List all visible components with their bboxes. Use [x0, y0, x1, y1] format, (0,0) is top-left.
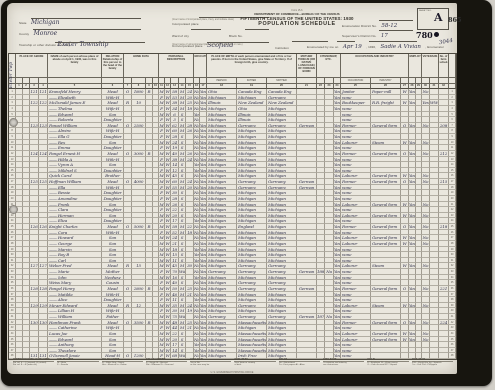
hole-punch — [9, 118, 18, 127]
column-group-header: RELATION Relationship of this person to … — [102, 54, 124, 78]
abbreviations-footer: ABBREVIATIONS TO BE USEDFor col. 6.—O (o… — [13, 358, 453, 367]
column-group-header: PLACE OF BIRTH of each person enumerated… — [207, 54, 297, 78]
abbreviation-block: Cols. 25-26Occupation and industrysee in… — [323, 358, 364, 367]
column-group-header: EDUCATION — [194, 54, 207, 78]
abbreviation-block: Col. 11.—SexM—MaleF—Female — [57, 358, 98, 367]
column-group-header: PERSONAL DESCRIPTION — [159, 54, 194, 78]
institution-label: Institution — [275, 46, 289, 50]
column-group-header: PLACE OF ABODE — [16, 54, 48, 78]
abbreviation-line: O—Own account NP—Unpaid — [367, 364, 408, 367]
township-label: Township or other division of county — [19, 44, 53, 47]
column-group-header: NAME of each person whose place of abode… — [48, 54, 102, 78]
vertical-margin-note: Exeter Twp — [9, 62, 14, 88]
column-group-header: VETERANS — [422, 54, 439, 78]
enumerated-date: Apr 19 — [343, 44, 362, 50]
enumerator-name: Sadie A Vivian — [381, 44, 421, 50]
print-note: U. S. GOVERNMENT PRINTING OFFICE — [7, 372, 457, 374]
abbreviation-line: Pa—First papers Al—Alien — [279, 364, 320, 367]
table-group-header: PLACE OF ABODENAME of each person whose … — [9, 54, 456, 78]
abbreviation-block: Cols. 30-31WW—World War Sp—SpanishCiv—Ci… — [412, 358, 453, 367]
institution-field: Institution — [275, 36, 289, 54]
hole-punch — [9, 205, 18, 214]
abbreviation-block: Col. 27E—Employer W—Wage earnerO—Own acc… — [367, 358, 408, 367]
abbreviation-block: Cols. 18-20Give State or countryof birth — [234, 358, 275, 367]
abbreviation-line: For col. 8.—R (radio set) — [13, 364, 54, 367]
page-stamp: 780 — [416, 30, 433, 40]
abbreviation-line: Mex—Mexican In—Indian — [102, 364, 143, 367]
column-group-header: CITIZENSHIP, ETC. — [317, 54, 341, 78]
column-group-header — [449, 54, 456, 78]
margin-note: 3044 — [439, 38, 454, 46]
abbreviation-block: Col. 12.—ColorW—White Neg—NegroMex—Mexic… — [102, 358, 143, 367]
abbreviation-line: of birth — [234, 364, 275, 367]
sheet-number-box: SHEET NO. A — [417, 8, 449, 30]
abbreviation-block: Col. 23Na—NaturalizedPa—First papers Al—… — [279, 358, 320, 367]
enumerated-label: Enumerated by me on — [307, 45, 338, 49]
abbreviation-line: see instructions — [323, 364, 364, 367]
sheet-label: SHEET NO. — [419, 10, 432, 12]
ink-blot — [434, 32, 439, 37]
column-group-header: OCCUPATION AND INDUSTRY — [341, 54, 409, 78]
column-group-header: No. of farm sched. — [439, 54, 449, 78]
census-table: PLACE OF ABODENAME of each person whose … — [8, 53, 457, 360]
column-group-header: HOME DATA — [124, 54, 159, 78]
unincorporated-field: Unincorporated place Scofield — [172, 34, 233, 52]
abbreviation-line: Civ—Civil Phil—Philippine — [412, 364, 453, 367]
abbreviation-line: Wd—Widowed D—Divorced — [146, 364, 187, 367]
table-body: 1121121Kranzfeld HenryHeadO1800RMW58M24N… — [9, 89, 456, 359]
column-group-header: MOTHER TONGUE (OR NATIVE LANGUAGE) OF FO… — [297, 54, 317, 78]
abbreviation-line: as the case may be — [190, 364, 231, 367]
enumerated-year: , 1930, — [366, 45, 376, 49]
abbreviation-line: F—Female — [57, 364, 98, 367]
abbreviation-block: Cols. 16-17Yes or Noas the case may be — [190, 358, 231, 367]
column-group-header: EMPLOYMENT — [409, 54, 422, 78]
abbreviation-block: ABBREVIATIONS TO BE USEDFor col. 6.—O (o… — [13, 358, 54, 367]
census-scan-page: State Michigan County Monroe Township or… — [0, 0, 495, 390]
abbreviation-block: Col. 14.—MaritalS—Single M—MarriedWd—Wid… — [146, 358, 187, 367]
census-form-paper: State Michigan County Monroe Township or… — [7, 3, 457, 374]
sheet-stamp: A — [434, 11, 443, 24]
page-number: 865 — [448, 16, 462, 24]
unincorporated-hint: (Insert name of unincorporated place hav… — [172, 44, 272, 46]
